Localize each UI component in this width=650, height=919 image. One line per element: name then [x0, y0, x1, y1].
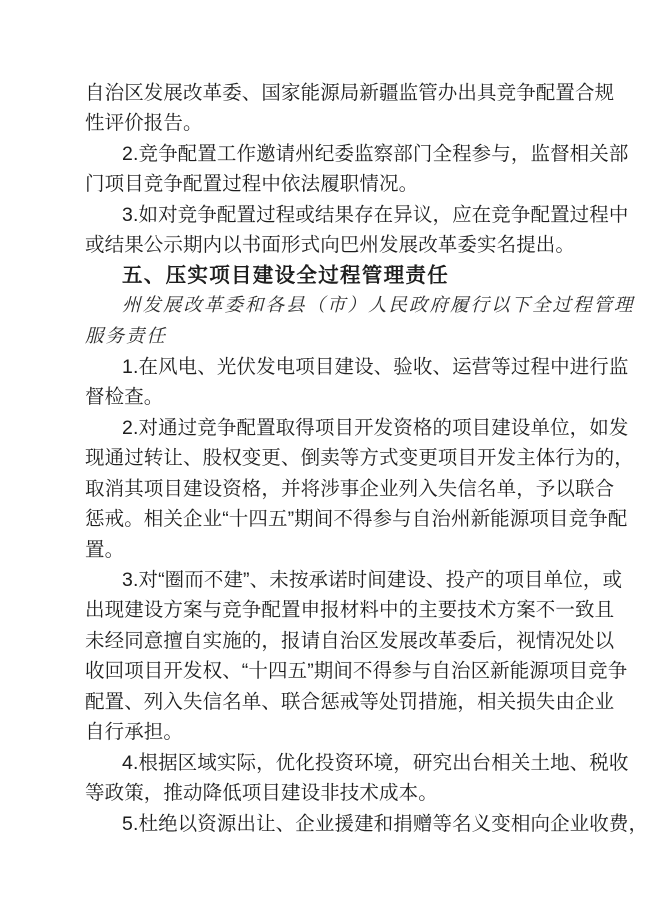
body-text-line: 1.在风电、光伏发电项目建设、验收、运营等过程中进行监 — [85, 352, 577, 382]
section-heading-line: 五、压实项目建设全过程管理责任 — [85, 261, 577, 291]
annotation-line: 州发展改革委和各县（市）人民政府履行以下全过程管理 — [85, 291, 577, 321]
body-text-line: 自行承担。 — [85, 717, 577, 747]
body-text-line: 性评价报告。 — [85, 108, 577, 138]
document-text-block: 自治区发展改革委、国家能源局新疆监管办出具竞争配置合规性评价报告。2.竞争配置工… — [85, 78, 577, 839]
body-text-line: 或结果公示期内以书面形式向巴州发展改革委实名提出。 — [85, 230, 577, 260]
body-text-line: 置。 — [85, 535, 577, 565]
body-text-line: 配置、列入失信名单、联合惩戒等处罚措施，相关损失由企业 — [85, 687, 577, 717]
document-page: 自治区发展改革委、国家能源局新疆监管办出具竞争配置合规性评价报告。2.竞争配置工… — [0, 0, 650, 919]
body-text-line: 现通过转让、股权变更、倒卖等方式变更项目开发主体行为的， — [85, 443, 577, 473]
body-text-line: 收回项目开发权、“十四五”期间不得参与自治区新能源项目竞争 — [85, 656, 577, 686]
body-text-line: 等政策，推动降低项目建设非技术成本。 — [85, 778, 577, 808]
body-text-line: 2.竞争配置工作邀请州纪委监察部门全程参与，监督相关部 — [85, 139, 577, 169]
annotation-line: 服务责任 — [85, 322, 577, 352]
body-text-line: 取消其项目建设资格，并将涉事企业列入失信名单，予以联合 — [85, 474, 577, 504]
body-text-line: 5.杜绝以资源出让、企业援建和捐赠等名义变相向企业收费， — [85, 809, 577, 839]
body-text-line: 门项目竞争配置过程中依法履职情况。 — [85, 169, 577, 199]
body-text-line: 出现建设方案与竞争配置申报材料中的主要技术方案不一致且 — [85, 595, 577, 625]
body-text-line: 2.对通过竞争配置取得项目开发资格的项目建设单位，如发 — [85, 413, 577, 443]
body-text-line: 3.如对竞争配置过程或结果存在异议，应在竞争配置过程中 — [85, 200, 577, 230]
body-text-line: 惩戒。相关企业“十四五”期间不得参与自治州新能源项目竞争配 — [85, 504, 577, 534]
body-text-line: 未经同意擅自实施的，报请自治区发展改革委后，视情况处以 — [85, 626, 577, 656]
body-text-line: 督检查。 — [85, 382, 577, 412]
body-text-line: 4.根据区域实际，优化投资环境，研究出台相关土地、税收 — [85, 748, 577, 778]
body-text-line: 3.对“圈而不建”、未按承诺时间建设、投产的项目单位，或 — [85, 565, 577, 595]
body-text-line: 自治区发展改革委、国家能源局新疆监管办出具竞争配置合规 — [85, 78, 577, 108]
